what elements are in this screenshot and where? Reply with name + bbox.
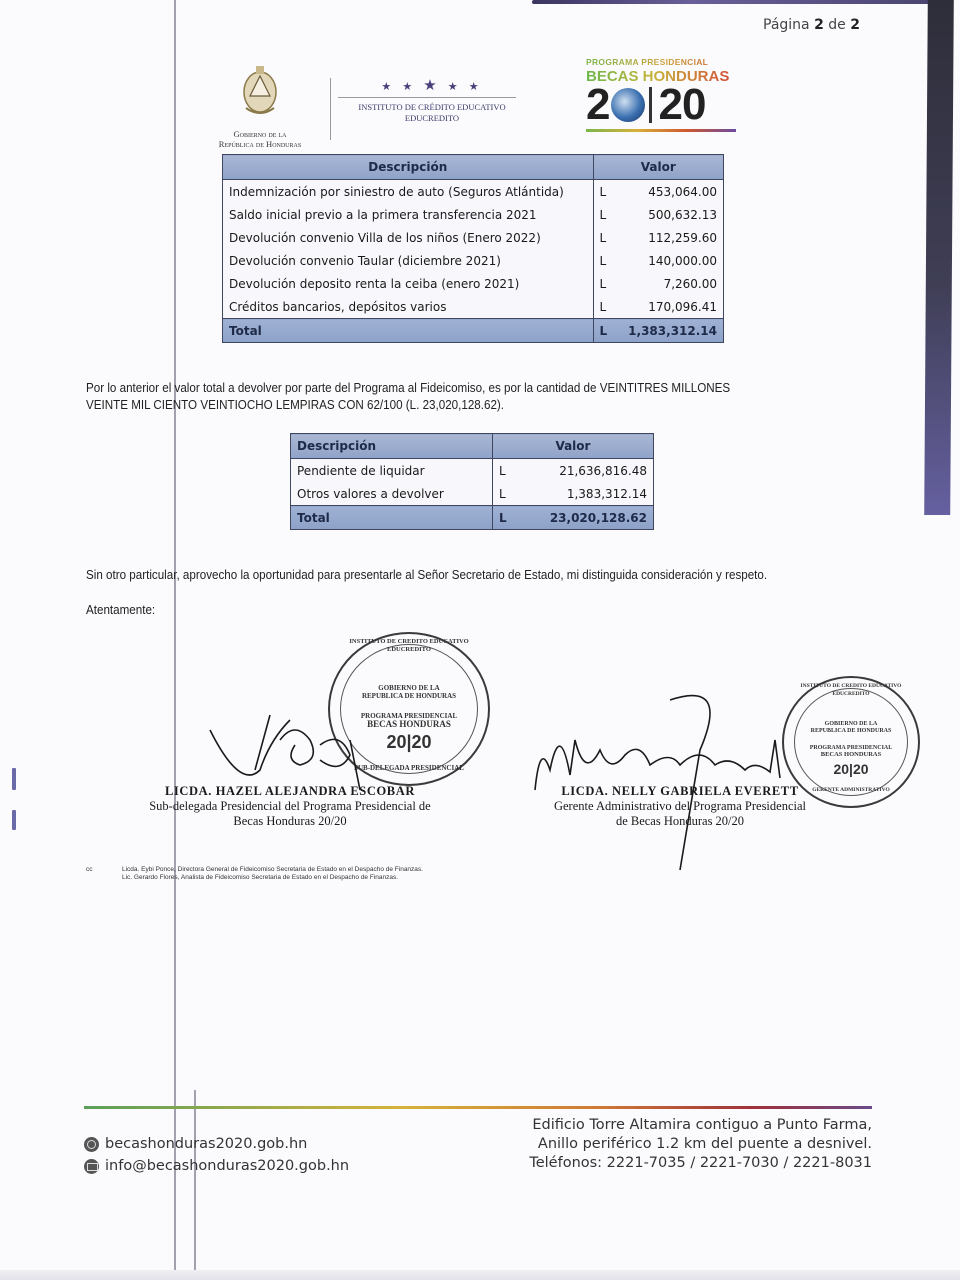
cell-value: 500,632.13	[616, 203, 724, 226]
cc-recipient: Lic. Gerardo Flores, Analista de Fideico…	[122, 874, 423, 882]
institute-acronym: EDUCREDITO	[338, 113, 526, 124]
cell-value: 453,064.00	[616, 180, 724, 204]
cell-currency: L	[593, 180, 616, 204]
paragraph-line: Por lo anterior el valor total a devolve…	[86, 380, 730, 397]
signer-role: de Becas Honduras 20/20	[520, 814, 840, 829]
scan-mark	[12, 768, 16, 790]
returns-breakdown-table: Descripción Valor Indemnización por sini…	[222, 154, 724, 343]
cell-description: Total	[223, 319, 594, 343]
program-label: PROGRAMA PRESIDENCIAL	[586, 57, 736, 67]
table-row: Créditos bancarios, depósitos variosL170…	[223, 295, 724, 319]
signer-role: Gerente Administrativo del Programa Pres…	[520, 799, 840, 814]
cell-currency: L	[593, 203, 616, 226]
page-number: Página 2 de 2	[763, 17, 860, 33]
gov-name-line1: Gobierno de la	[198, 129, 322, 139]
cell-description: Saldo inicial previo a la primera transf…	[223, 203, 594, 226]
email-icon	[84, 1159, 99, 1174]
cell-currency: L	[593, 295, 616, 319]
website-link[interactable]: becashonduras2020.gob.hn	[105, 1133, 307, 1155]
gov-name-line2: República de Honduras	[198, 139, 322, 149]
cell-value: 140,000.00	[616, 249, 724, 272]
cell-currency: L	[593, 226, 616, 249]
scan-mark	[12, 810, 16, 830]
phone-numbers: Teléfonos: 2221-7035 / 2221-7030 / 2221-…	[529, 1154, 872, 1173]
table-total-row: TotalL23,020,128.62	[291, 506, 654, 530]
email-link[interactable]: info@becashonduras2020.gob.hn	[105, 1155, 349, 1177]
amount-paragraph: Por lo anterior el valor total a devolve…	[86, 380, 730, 414]
signer-role: Sub-delegada Presidencial del Programa P…	[100, 799, 480, 814]
globe-icon	[611, 88, 645, 122]
address-line: Anillo periférico 1.2 km del puente a de…	[529, 1135, 872, 1154]
globe-icon	[84, 1137, 99, 1152]
footer-address: Edificio Torre Altamira contiguo a Punto…	[529, 1116, 872, 1173]
cell-description: Devolución deposito renta la ceiba (ener…	[223, 272, 594, 295]
year-separator	[649, 87, 652, 123]
address-line: Edificio Torre Altamira contiguo a Punto…	[529, 1116, 872, 1135]
cell-currency: L	[492, 459, 515, 483]
header-divider	[330, 78, 331, 140]
scan-edge-right	[924, 0, 954, 515]
cell-value: 170,096.41	[616, 295, 724, 319]
honduras-coat-of-arms-icon	[238, 62, 282, 118]
cell-value: 1,383,312.14	[616, 319, 724, 343]
institute-name: INSTITUTO DE CRÉDITO EDUCATIVO	[338, 102, 526, 113]
carbon-copy-list: cc Licda. Eybi Ponce, Directora General …	[86, 866, 423, 882]
table-row: Devolución convenio Villa de los niños (…	[223, 226, 724, 249]
column-header-value: Valor	[593, 155, 723, 180]
cell-value: 1,383,312.14	[515, 482, 654, 506]
cell-currency: L	[593, 249, 616, 272]
footer-contact: becashonduras2020.gob.hn info@becashondu…	[84, 1133, 349, 1177]
cell-description: Pendiente de liquidar	[291, 459, 493, 483]
cc-label: cc	[86, 866, 122, 882]
signature-block-2: LICDA. NELLY GABRIELA EVERETT Gerente Ad…	[520, 784, 840, 829]
fold-line-lower	[194, 1090, 196, 1280]
cell-description: Créditos bancarios, depósitos varios	[223, 295, 594, 319]
column-header-description: Descripción	[223, 155, 594, 180]
cell-currency: L	[492, 506, 515, 530]
table-row: Devolución deposito renta la ceiba (ener…	[223, 272, 724, 295]
year-digit: 2	[586, 83, 609, 127]
seal-text: GOBIERNO DE LA	[330, 684, 488, 692]
becas-honduras-logo: PROGRAMA PRESIDENCIAL BECAS HONDURAS 220	[586, 57, 736, 132]
cell-value: 21,636,816.48	[515, 459, 654, 483]
cell-value: 112,259.60	[616, 226, 724, 249]
cell-description: Total	[291, 506, 493, 530]
table-row: Otros valores a devolverL1,383,312.14	[291, 482, 654, 506]
cell-currency: L	[593, 319, 616, 343]
table-row: Devolución convenio Taular (diciembre 20…	[223, 249, 724, 272]
signer-role: Becas Honduras 20/20	[100, 814, 480, 829]
stars-icon: ★ ★ ★ ★ ★	[338, 76, 526, 94]
cell-description: Devolución convenio Taular (diciembre 20…	[223, 249, 594, 272]
signer-name: LICDA. HAZEL ALEJANDRA ESCOBAR	[100, 784, 480, 799]
footer-rule	[84, 1106, 872, 1109]
scan-edge-top	[532, 0, 932, 4]
cell-description: Otros valores a devolver	[291, 482, 493, 506]
table-row: Pendiente de liquidarL21,636,816.48	[291, 459, 654, 483]
signature-nelly-everett	[530, 680, 820, 880]
cell-value: 7,260.00	[616, 272, 724, 295]
cell-value: 23,020,128.62	[515, 506, 654, 530]
scan-edge-bottom	[0, 1270, 960, 1280]
cc-recipient: Licda. Eybi Ponce, Directora General de …	[122, 866, 423, 874]
closing-paragraph: Sin otro particular, aprovecho la oportu…	[86, 567, 767, 584]
educredito-logo: ★ ★ ★ ★ ★ INSTITUTO DE CRÉDITO EDUCATIVO…	[338, 76, 526, 124]
table-row: Saldo inicial previo a la primera transf…	[223, 203, 724, 226]
fold-line	[174, 0, 176, 1280]
table-total-row: TotalL1,383,312.14	[223, 319, 724, 343]
cell-currency: L	[593, 272, 616, 295]
cell-description: Indemnización por siniestro de auto (Seg…	[223, 180, 594, 204]
salutation: Atentamente:	[86, 602, 155, 619]
cell-currency: L	[492, 482, 515, 506]
column-header-description: Descripción	[291, 434, 493, 459]
logo-rule	[586, 129, 736, 132]
seal-text: INSTITUTO DE CREDITO EDUCATIVO EDUCREDIT…	[330, 638, 488, 654]
year-digits: 20	[658, 83, 705, 127]
total-summary-table: Descripción Valor Pendiente de liquidarL…	[290, 433, 654, 530]
signature-block-1: LICDA. HAZEL ALEJANDRA ESCOBAR Sub-deleg…	[100, 784, 480, 829]
table-row: Indemnización por siniestro de auto (Seg…	[223, 180, 724, 204]
seal-text: REPUBLICA DE HONDURAS	[330, 692, 488, 700]
paragraph-line: VEINTE MIL CIENTO VEINTIOCHO LEMPIRAS CO…	[86, 397, 730, 414]
cell-description: Devolución convenio Villa de los niños (…	[223, 226, 594, 249]
signer-name: LICDA. NELLY GABRIELA EVERETT	[520, 784, 840, 799]
column-header-value: Valor	[492, 434, 653, 459]
government-logo: Gobierno de la República de Honduras	[198, 62, 322, 149]
